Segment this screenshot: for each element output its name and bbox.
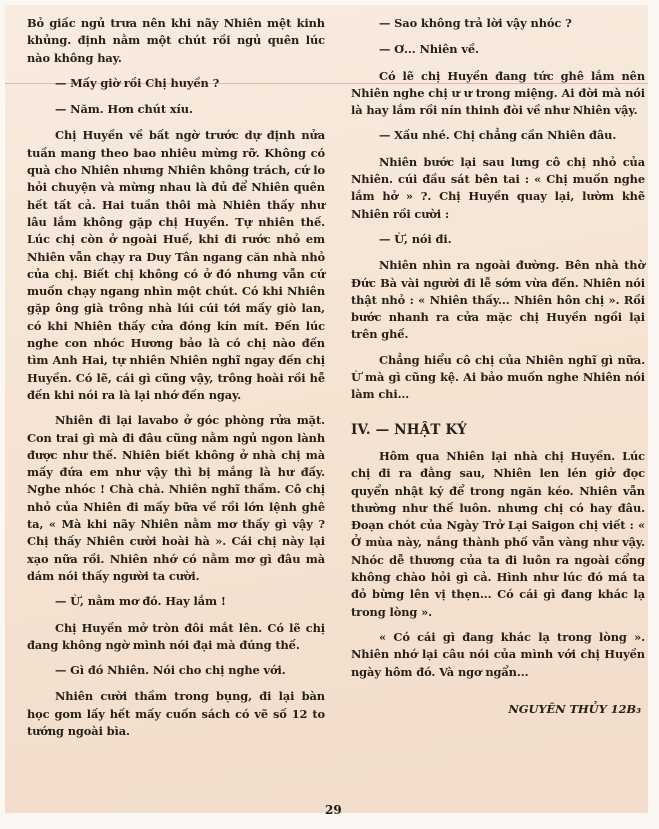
dialogue-line: — Sao không trả lời vậy nhóc ?: [351, 15, 645, 32]
dialogue-line: — Gì đó Nhiên. Nói cho chị nghe với.: [27, 662, 325, 679]
right-column: — Sao không trả lời vậy nhóc ? — Ơ... Nh…: [351, 15, 645, 718]
paragraph: Nhiên nhìn ra ngoài đường. Bên nhà thờ Đ…: [351, 257, 645, 343]
dialogue-line: — Ơ... Nhiên về.: [351, 41, 645, 58]
paragraph: Chị Huyền mở tròn đôi mắt lên. Có lẽ chị…: [27, 620, 325, 655]
paragraph: Có lẽ chị Huyền đang tức ghê lắm nên Nhi…: [351, 68, 645, 120]
paragraph: Nhiên cười thầm trong bụng, đi lại bàn h…: [27, 688, 325, 740]
page-number: 29: [325, 803, 342, 817]
dialogue-line: — Xấu nhé. Chị chẳng cần Nhiên đâu.: [351, 127, 645, 144]
paragraph: Chị Huyền về bất ngờ trước dự định nửa t…: [27, 127, 325, 404]
dialogue-line: — Ừ, nói đi.: [351, 231, 645, 248]
paragraph: Nhiên bước lại sau lưng cô chị nhỏ của N…: [351, 154, 645, 223]
paragraph: Nhiên đi lại lavabo ở góc phòng rửa mặt.…: [27, 412, 325, 585]
left-column: Bỏ giấc ngủ trưa nên khi nãy Nhiên mệt k…: [27, 15, 325, 748]
paragraph: Bỏ giấc ngủ trưa nên khi nãy Nhiên mệt k…: [27, 15, 325, 67]
paragraph: « Có cái gì đang khác lạ trong lòng ». N…: [351, 629, 645, 681]
author-signature: NGUYÊN THỦY 12B₃: [351, 701, 645, 718]
paragraph: Chẳng hiểu cô chị của Nhiên nghĩ gì nữa.…: [351, 352, 645, 404]
section-heading: IV. — NHẬT KÝ: [351, 422, 645, 439]
magazine-page: Bỏ giấc ngủ trưa nên khi nãy Nhiên mệt k…: [5, 5, 648, 813]
dialogue-line: — Ừ, nằm mơ đó. Hay lắm !: [27, 593, 325, 610]
dialogue-line: — Năm. Hơn chút xíu.: [27, 101, 325, 118]
dialogue-line: — Mấy giờ rồi Chị huyền ?: [27, 75, 325, 92]
paragraph: Hôm qua Nhiên lại nhà chị Huyền. Lúc chị…: [351, 448, 645, 621]
